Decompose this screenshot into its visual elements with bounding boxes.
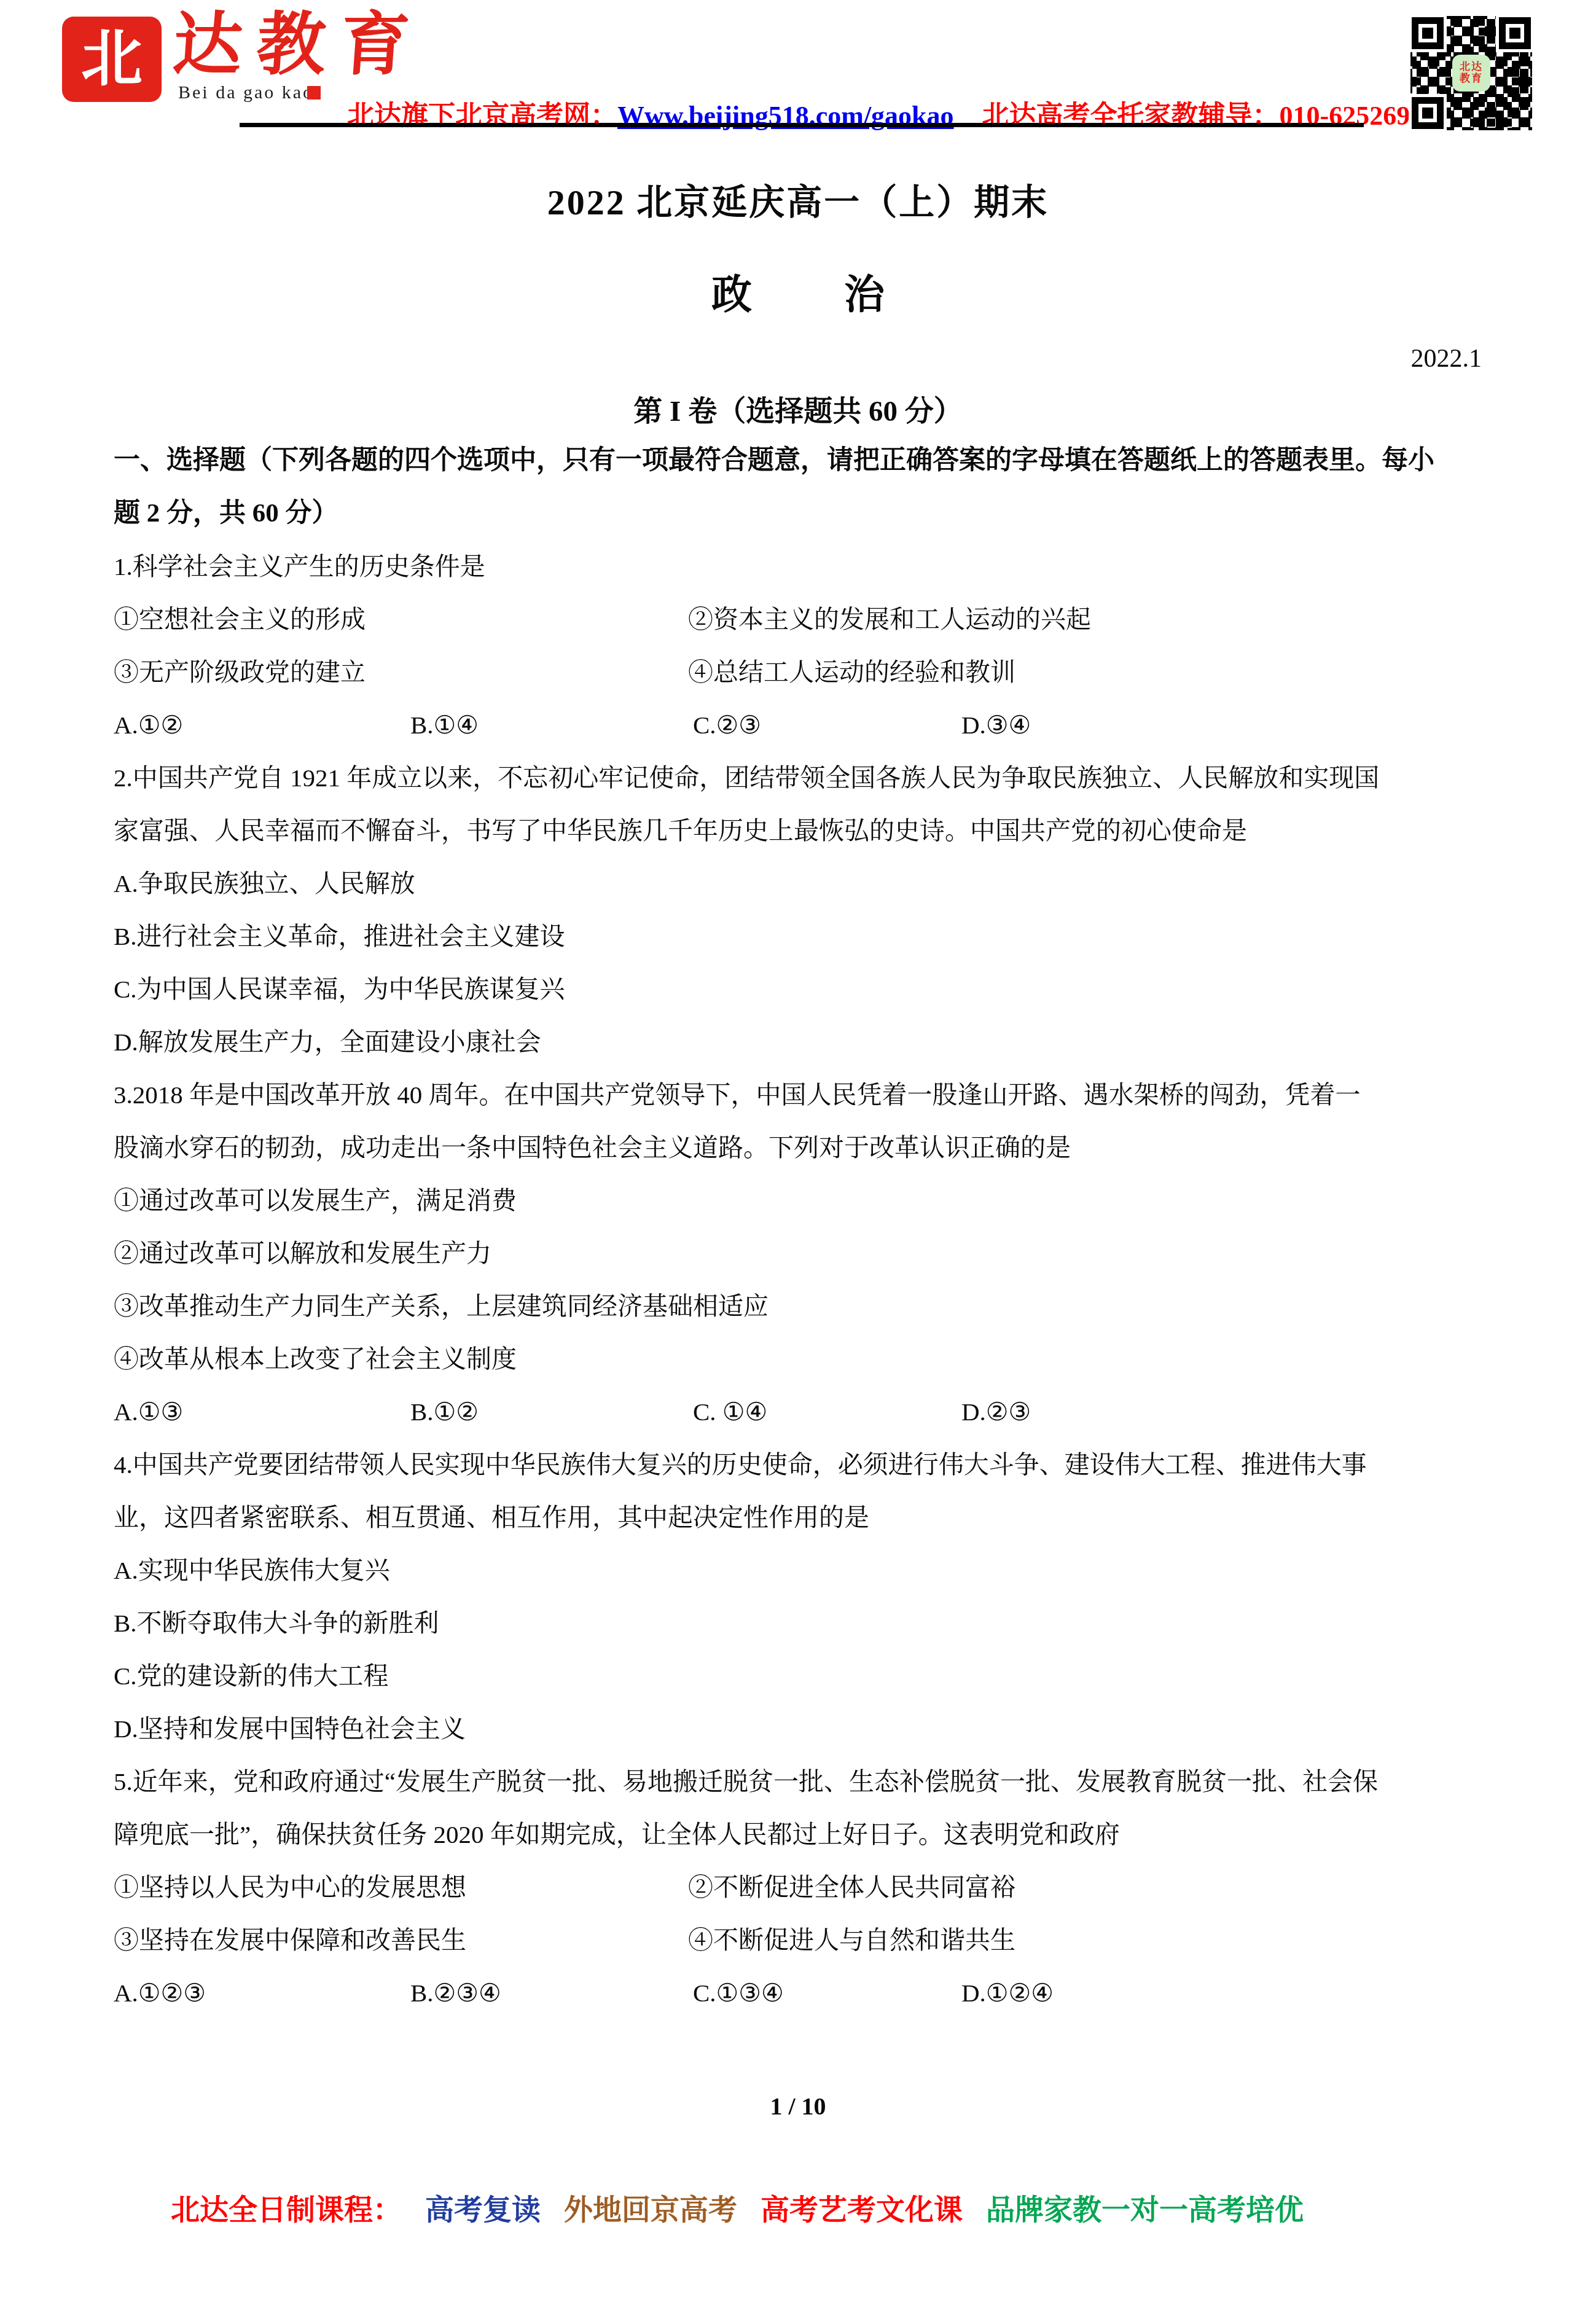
- q1-choices-d: D.③④: [961, 698, 1031, 751]
- q5-stem-line-2: 障兜底一批”，确保扶贫任务 2020 年如期完成，让全体人民都过上好日子。这表明…: [114, 1808, 1484, 1861]
- q2-stem-line-2: 家富强、人民幸福而不懈奋斗，书写了中华民族几千年历史上最恢弘的史诗。中国共产党的…: [114, 804, 1484, 857]
- promo-segment-2: 高考复读: [425, 2194, 541, 2226]
- q5-choices-a: A.①②③: [114, 1966, 206, 2019]
- section-1-header: 第 I 卷（选择题共 60 分）: [0, 388, 1596, 429]
- q1-choices-b: B.①④: [410, 698, 479, 751]
- exam-subject-title: 政治: [0, 262, 1596, 320]
- q5-items-1-2: ①坚持以人民为中心的发展思想②不断促进全体人民共同富裕: [114, 1861, 1484, 1914]
- q4-stem-line-1: 4.中国共产党要团结带领人民实现中华民族伟大复兴的历史使命，必须进行伟大斗争、建…: [114, 1438, 1484, 1491]
- q1-items-1-2-col-1: ①空想社会主义的形成: [114, 605, 366, 633]
- q5-items-1-2-col-2: ②不断促进全体人民共同富裕: [688, 1861, 1015, 1914]
- brand-pinyin-text: Bei da gao kao: [178, 82, 314, 103]
- q1-items-3-4: ③无产阶级政党的建立④总结工人运动的经验和教训: [114, 646, 1484, 698]
- q5-choices-c: C.①③④: [693, 1966, 784, 2019]
- brand-seal-logo: 北: [64, 18, 160, 100]
- brand-red-square-icon: [307, 86, 321, 100]
- q1-items-1-2: ①空想社会主义的形成②资本主义的发展和工人运动的兴起: [114, 593, 1484, 646]
- q2-choice-c: C.为中国人民谋幸福，为中华民族谋复兴: [114, 963, 1484, 1015]
- q3-item-3: ③改革推动生产力同生产关系，上层建筑同经济基础相适应: [114, 1280, 1484, 1332]
- q4-choice-a: A.实现中华民族伟大复兴: [114, 1544, 1484, 1597]
- qr-finder-bottom-left: [1412, 97, 1444, 129]
- q1-stem: 1.科学社会主义产生的历史条件是: [114, 540, 1484, 593]
- subject-char-1: 政: [711, 273, 752, 318]
- q1-choices-a: A.①②: [114, 698, 183, 751]
- q3-choices: A.①③B.①②C. ①④D.②③: [114, 1385, 1484, 1438]
- page-number: 1 / 10: [0, 2092, 1596, 2121]
- exam-title: 2022 北京延庆高一（上）期末: [0, 173, 1596, 225]
- qr-code: 北达 教育: [1410, 16, 1532, 130]
- exam-body: 一、选择题（下列各题的四个选项中，只有一项最符合题意，请把正确答案的字母填在答题…: [114, 434, 1484, 2019]
- q2-choice-b: B.进行社会主义革命，推进社会主义建设: [114, 910, 1484, 963]
- instructions-line-2: 题 2 分，共 60 分）: [114, 487, 1484, 540]
- q3-choices-b: B.①②: [410, 1385, 479, 1438]
- seal-character: 北: [81, 29, 143, 90]
- q3-choices-c: C. ①④: [693, 1385, 767, 1438]
- q5-choices-b: B.②③④: [410, 1966, 501, 2019]
- q2-choice-d: D.解放发展生产力，全面建设小康社会: [114, 1015, 1484, 1068]
- q5-choices: A.①②③B.②③④C.①③④D.①②④: [114, 1966, 1484, 2019]
- q3-stem-line-2: 股滴水穿石的韧劲，成功走出一条中国特色社会主义道路。下列对于改革认识正确的是: [114, 1121, 1484, 1174]
- q3-stem-line-1: 3.2018 年是中国改革开放 40 周年。在中国共产党领导下，中国人民凭着一股…: [114, 1068, 1484, 1121]
- promo-segment-1: 北达全日制课程：: [171, 2194, 402, 2226]
- q4-stem-line-2: 业，这四者紧密联系、相互贯通、相互作用，其中起决定性作用的是: [114, 1491, 1484, 1544]
- promo-segment-5: 品牌家教一对一高考培优: [986, 2194, 1304, 2226]
- q4-choice-c: C.党的建设新的伟大工程: [114, 1649, 1484, 1702]
- q5-items-1-2-col-1: ①坚持以人民为中心的发展思想: [114, 1873, 466, 1901]
- q4-choice-b: B.不断夺取伟大斗争的新胜利: [114, 1597, 1484, 1649]
- exam-page: { "page": {"width": 2598, "height": 3744…: [0, 0, 1596, 2300]
- exam-date: 2022.1: [1345, 344, 1482, 374]
- q5-items-3-4: ③坚持在发展中保障和改善民生④不断促进人与自然和谐共生: [114, 1914, 1484, 1966]
- q5-items-3-4-col-1: ③坚持在发展中保障和改善民生: [114, 1926, 466, 1954]
- q4-choice-d: D.坚持和发展中国特色社会主义: [114, 1702, 1484, 1755]
- q1-choices-c: C.②③: [693, 698, 761, 751]
- promo-segment-4: 高考艺考文化课: [761, 2194, 963, 2226]
- brand-calligraphy-text: 达教育: [171, 11, 426, 80]
- q3-choices-d: D.②③: [961, 1385, 1031, 1438]
- qr-center-text-1: 北达: [1460, 61, 1483, 73]
- q1-choices: A.①②B.①④C.②③D.③④: [114, 698, 1484, 751]
- q3-item-2: ②通过改革可以解放和发展生产力: [114, 1227, 1484, 1280]
- q2-stem-line-1: 2.中国共产党自 1921 年成立以来，不忘初心牢记使命，团结带领全国各族人民为…: [114, 751, 1484, 804]
- q1-items-3-4-col-2: ④总结工人运动的经验和教训: [688, 646, 1015, 698]
- q5-items-3-4-col-2: ④不断促进人与自然和谐共生: [688, 1914, 1015, 1966]
- promo-segment-3: 外地回京高考: [564, 2194, 737, 2226]
- q1-items-3-4-col-1: ③无产阶级政党的建立: [114, 658, 366, 686]
- subject-char-2: 治: [844, 273, 885, 318]
- q5-stem-line-1: 5.近年来，党和政府通过“发展生产脱贫一批、易地搬迁脱贫一批、生态补偿脱贫一批、…: [114, 1755, 1484, 1808]
- q3-item-4: ④改革从根本上改变了社会主义制度: [114, 1332, 1484, 1385]
- q5-choices-d: D.①②④: [961, 1966, 1054, 2019]
- q3-choices-a: A.①③: [114, 1385, 183, 1438]
- qr-center-text-2: 教育: [1460, 73, 1483, 85]
- header-divider-rule: [240, 123, 1364, 127]
- q2-choice-a: A.争取民族独立、人民解放: [114, 857, 1484, 910]
- q3-item-1: ①通过改革可以发展生产，满足消费: [114, 1174, 1484, 1227]
- qr-finder-top-left: [1412, 17, 1444, 49]
- q1-items-1-2-col-2: ②资本主义的发展和工人运动的兴起: [688, 593, 1091, 646]
- footer-promo-line: 北达全日制课程：高考复读外地回京高考高考艺考文化课品牌家教一对一高考培优: [0, 2187, 1474, 2228]
- instructions-line-1: 一、选择题（下列各题的四个选项中，只有一项最符合题意，请把正确答案的字母填在答题…: [114, 434, 1484, 487]
- qr-center-logo-patch: 北达 教育: [1454, 57, 1488, 90]
- qr-finder-top-right: [1499, 17, 1531, 49]
